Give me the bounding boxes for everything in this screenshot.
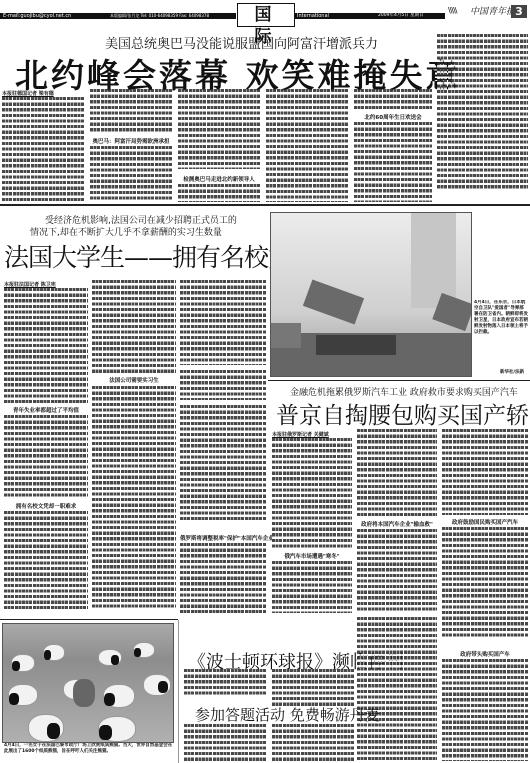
article-text-column: [90, 89, 172, 133]
article-subhead: 北约60周年生日欢送会: [354, 113, 432, 121]
article-byline: 本报驻法国记者 陈卫宪: [4, 281, 56, 288]
article-text-column: [272, 438, 352, 548]
divider-rule: [0, 204, 530, 206]
page-number: 3: [511, 5, 527, 18]
article-text-column: [2, 97, 84, 202]
article-subhead: 俄罗斯将调整税率"保护"本国汽车企业: [180, 534, 266, 542]
article-text-column: [4, 288, 88, 403]
article-text-column: [184, 669, 267, 697]
panda-image: [98, 716, 136, 742]
article-text-column: [357, 429, 437, 517]
article-text-column: [272, 669, 354, 707]
article-subhead: 政府鼓励国民购买国产汽车: [442, 518, 528, 526]
article-text-column: [442, 429, 528, 515]
article-text-column: [90, 146, 172, 202]
masthead-logo: 中国青年报: [470, 4, 515, 17]
header-section-english: International: [297, 12, 329, 20]
panda-image: [103, 684, 135, 708]
section-title: 国 际: [237, 3, 295, 27]
divider-rule: [0, 619, 178, 620]
photo-pandas: [2, 623, 174, 743]
article-subhead: 俄汽车市场遭遇"寒冬": [272, 552, 352, 560]
article-kicker-line2: 情况下,却在不断扩大几乎不拿薪酬的实习生数量: [30, 225, 222, 238]
article-text-column: [178, 89, 260, 169]
article-text-column: [357, 529, 437, 613]
article-text-column: [354, 89, 432, 111]
panda-image: [8, 684, 38, 706]
header-editor-info: 本版编辑/张月龙 Tel: 010-64098359 Fax: 64098378: [110, 12, 209, 20]
building-image: [411, 213, 456, 308]
article-text-column: [442, 527, 528, 637]
article-byline: 本报驻俄罗斯记者 关健斌: [272, 431, 329, 438]
article-byline: 本报驻德国记者 梁有德: [2, 90, 54, 97]
panda-image: [43, 644, 65, 661]
article-text-column: [442, 659, 528, 761]
panda-image: [11, 654, 35, 672]
article-text-column: [180, 543, 266, 613]
panda-image: [28, 714, 64, 742]
divider-rule: [268, 380, 530, 381]
article-text-column: [178, 184, 260, 202]
panda-image: [133, 642, 155, 658]
article-text-column: [180, 370, 266, 400]
header-email: E-mail:guojibu@cyol.net.cn: [3, 12, 71, 20]
article-text-column: [92, 280, 176, 373]
article-text-column: [92, 386, 176, 609]
header-date: 2009年4月5日 星期日: [378, 12, 424, 20]
article-text-column: [354, 122, 432, 202]
article-subhead: 拥有名校文凭却一职难求: [4, 502, 88, 510]
article-subhead: 法国公司需要实习生: [92, 376, 176, 384]
article-headline: 普京自掏腰包购买国产轿车: [276, 397, 530, 430]
equipment-box-image: [271, 323, 301, 348]
photo-patriot-missiles: [270, 212, 472, 377]
article-subhead: 青年失业率都超过了平均值: [4, 406, 88, 414]
denmark-headline: 参加答题活动 免费畅游丹麦: [195, 704, 380, 725]
article-text-column: [180, 405, 266, 520]
article-text-column: [4, 511, 88, 609]
article-subhead: 检测奥巴马走进北约新领导人: [178, 175, 260, 183]
column-divider: [178, 620, 179, 763]
article-text-column: [357, 617, 437, 762]
article-subhead: 政府带头购买国产车: [442, 650, 528, 658]
photo-caption: 4月4日，在东京，日本航空自卫队"爱国者"导弹部署在防卫省内。朝鲜即将发射卫星，…: [474, 300, 528, 370]
panda-image: [143, 674, 171, 696]
missile-launcher-image: [303, 279, 364, 324]
photo-caption: 4月4日，一名女子在法国巴黎市政厅广场上欣赏纸质熊猫。当天，世界自然基金会在此展…: [4, 743, 174, 763]
photo-credit: 新华社/法新: [500, 370, 524, 376]
article-text-column: [272, 724, 354, 762]
article-subhead: 奥巴马：阿富汗局势需欧洲承担: [90, 137, 172, 145]
article-text-column: [437, 34, 528, 189]
article-text-column: [272, 561, 352, 613]
article-text-column: [266, 89, 348, 202]
launcher-truck-image: [316, 335, 396, 355]
panda-image: [98, 649, 122, 666]
article-text-column: [4, 415, 88, 498]
woman-figure-image: [73, 679, 95, 707]
article-text-column: [180, 280, 266, 365]
article-subhead: 政府将本国汽车企业"输血救": [357, 520, 437, 528]
article-text-column: [184, 724, 267, 762]
decorative-slashes-icon: \\\\\: [448, 6, 456, 15]
